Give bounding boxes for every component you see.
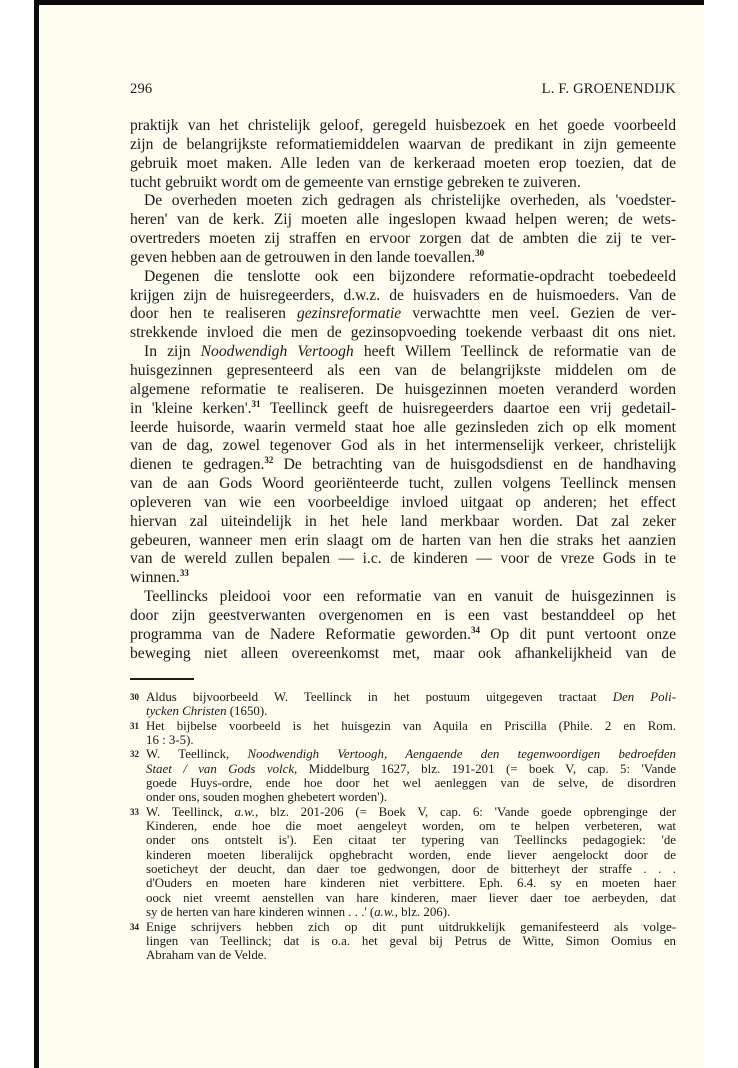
paragraph-3: Degenen die tenslotte ook een bijzondere… xyxy=(130,268,676,343)
text-fragment: winnen. xyxy=(130,569,180,586)
text-fragment: heeft Willem Teellinck de reformatie van… xyxy=(354,343,676,360)
text-line: in 'kleine kerken'.31 Teellinck geeft de… xyxy=(130,400,676,419)
text-line: d'Ouders en moeten hare kinderen niet ve… xyxy=(146,876,676,890)
scanned-page: 296 L. F. GROENENDIJK praktijk van het c… xyxy=(34,0,704,1068)
body-text: praktijk van het christelijk geloof, ger… xyxy=(130,117,676,663)
text-line: heren' van de kerk. Zij moeten alle inge… xyxy=(130,211,676,230)
text-line: Kinderen, ende hoe die moet aengeleyt wo… xyxy=(146,819,676,833)
running-header: 296 L. F. GROENENDIJK xyxy=(130,81,676,98)
footnote-number: 32 xyxy=(130,747,139,761)
text-line: Het bijbelse voorbeeld is het huisgezin … xyxy=(146,719,676,733)
text-line: van de dag, zowel tegenover God als in h… xyxy=(130,437,676,456)
italic-title: Staet / van Gods volck, xyxy=(146,762,297,776)
italic-abbrev: a.w., xyxy=(374,905,398,919)
footnote-number: 30 xyxy=(130,690,139,704)
text-line: gebeuren, wanneer men erin slaagt om de … xyxy=(130,532,676,551)
footnote-ref-31[interactable]: 31 xyxy=(252,399,261,409)
footnote-ref-34[interactable]: 34 xyxy=(471,625,480,635)
text-line: leerde huisorde, waarin vermeld staat ho… xyxy=(130,419,676,438)
text-line: gebruik moet maken. Alle leden van de ke… xyxy=(130,155,676,174)
text-fragment: Teellinck geeft de huisregeerders daarto… xyxy=(261,400,676,417)
text-line: programma van de Nadere Reformatie gewor… xyxy=(130,626,676,645)
text-line: van de wereld zullen bepalen — i.c. de k… xyxy=(130,550,676,569)
paragraph-2: De overheden moeten zich gedragen als ch… xyxy=(130,192,676,267)
text-line: praktijk van het christelijk geloof, ger… xyxy=(130,117,676,136)
text-fragment: in 'kleine kerken'. xyxy=(130,400,252,417)
text-line: Enige schrijvers hebben zich op dit punt… xyxy=(146,920,676,934)
text-line: zijn de belangrijkste reformatiemiddelen… xyxy=(130,136,676,155)
text-line: beweging niet alleen overeenkomst met, m… xyxy=(130,645,676,664)
footnote-ref-30[interactable]: 30 xyxy=(475,248,484,258)
running-title: L. F. GROENENDIJK xyxy=(542,81,676,98)
italic-title: Noodwendigh Vertoogh, Aengaende den tege… xyxy=(248,747,676,761)
text-line: kinderen moeten liberalijck opghebracht … xyxy=(146,848,676,862)
text-fragment: door hen te realiseren xyxy=(130,305,297,322)
text-fragment: dienen te gedragen. xyxy=(130,456,264,473)
text-line: dienen te gedragen.32 De betrachting van… xyxy=(130,456,676,475)
text-line: winnen.33 xyxy=(130,569,676,588)
text-line: Aldus bijvoorbeeld W. Teellinck in het p… xyxy=(146,690,676,704)
text-fragment: verwachtte men veel. Gezien de ver- xyxy=(401,305,676,322)
text-line: door hen te realiseren gezinsreformatie … xyxy=(130,305,676,324)
text-line: hiervan zal uiteindelijk in het hele lan… xyxy=(130,513,676,532)
text-fragment: (1650). xyxy=(227,704,268,718)
text-line: van de aan Gods Woord georiënteerde tuch… xyxy=(130,475,676,494)
text-line: W. Teellinck, a.w., blz. 201-206 (= Boek… xyxy=(146,805,676,819)
text-line: Degenen die tenslotte ook een bijzondere… xyxy=(130,268,676,287)
text-fragment: sy de herten van hare kinderen winnen . … xyxy=(146,905,374,919)
italic-title: Noodwendigh Vertoogh xyxy=(201,343,354,360)
footnote-separator xyxy=(130,678,194,680)
text-fragment: Middelburg 1627, blz. 191-201 (= boek V,… xyxy=(297,762,676,776)
footnote-34: 34 Enige schrijvers hebben zich op dit p… xyxy=(130,920,676,963)
paragraph-1: praktijk van het christelijk geloof, ger… xyxy=(130,117,676,192)
text-line: W. Teellinck, Noodwendigh Vertoogh, Aeng… xyxy=(146,747,676,761)
footnotes: 30 Aldus bijvoorbeeld W. Teellinck in he… xyxy=(130,690,676,963)
footnote-number: 31 xyxy=(130,719,139,733)
italic-term: gezinsreformatie xyxy=(297,305,401,322)
text-line: oock niet vreemt aenstellen van hare kin… xyxy=(146,891,676,905)
text-line: onder ons ontstelt is'). Een citaat ter … xyxy=(146,833,676,847)
text-fragment: blz. 206). xyxy=(398,905,450,919)
page-number: 296 xyxy=(130,81,152,98)
text-line: Staet / van Gods volck, Middelburg 1627,… xyxy=(146,762,676,776)
text-line: soeticheyt der deucht, dan daer toe gedw… xyxy=(146,862,676,876)
text-line: strekkende invloed die men de gezinsopvo… xyxy=(130,324,676,343)
text-fragment: Aldus bijvoorbeeld W. Teellinck in het p… xyxy=(146,690,613,704)
italic-title: Den Poli- xyxy=(613,690,676,704)
text-fragment: geven hebben aan de getrouwen in den lan… xyxy=(130,249,475,266)
footnote-number: 34 xyxy=(130,920,139,934)
text-fragment: Op dit punt vertoont onze xyxy=(480,626,676,643)
text-line: geven hebben aan de getrouwen in den lan… xyxy=(130,249,676,268)
footnote-33: 33 W. Teellinck, a.w., blz. 201-206 (= B… xyxy=(130,805,676,920)
footnote-30: 30 Aldus bijvoorbeeld W. Teellinck in he… xyxy=(130,690,676,719)
text-fragment: programma van de Nadere Reformatie gewor… xyxy=(130,626,471,643)
text-line: tucht gebruikt wordt om de gemeente van … xyxy=(130,174,676,193)
text-line: lingen van Teellinck; dat is o.a. het ge… xyxy=(146,934,676,948)
footnote-number: 33 xyxy=(130,805,139,819)
text-line: tycken Christen (1650). xyxy=(146,704,676,718)
text-line: Abraham van de Velde. xyxy=(146,948,676,962)
text-line: goede Huys-ordre, ende hoe door het wel … xyxy=(146,776,676,790)
text-line: De overheden moeten zich gedragen als ch… xyxy=(130,192,676,211)
text-line: In zijn Noodwendigh Vertoogh heeft Wille… xyxy=(130,343,676,362)
text-fragment: blz. 201-206 (= Boek V, cap. 6: 'Vande g… xyxy=(258,805,676,819)
footnote-32: 32 W. Teellinck, Noodwendigh Vertoogh, A… xyxy=(130,747,676,804)
text-line: sy de herten van hare kinderen winnen . … xyxy=(146,905,676,919)
text-line: overtreders moeten zij straffen en ervoo… xyxy=(130,230,676,249)
text-line: onder ons, souden moghen ghebetert worde… xyxy=(146,790,676,804)
text-line: Teellincks pleidooi voor een reformatie … xyxy=(130,588,676,607)
italic-title: tycken Christen xyxy=(146,704,227,718)
text-line: krijgen zijn de huisregeerders, d.w.z. d… xyxy=(130,287,676,306)
text-fragment: W. Teellinck, xyxy=(146,805,234,819)
text-line: opleveren van wie een voorbeeldige invlo… xyxy=(130,494,676,513)
text-line: algemene reformatie te realiseren. De hu… xyxy=(130,381,676,400)
text-fragment: W. Teellinck, xyxy=(146,747,248,761)
text-line: door zijn geestverwanten overgenomen en … xyxy=(130,607,676,626)
text-fragment: In zijn xyxy=(144,343,201,360)
italic-abbrev: a.w., xyxy=(234,805,258,819)
text-line: huisgezinnen gepresenteerd als een van d… xyxy=(130,362,676,381)
footnote-31: 31 Het bijbelse voorbeeld is het huisgez… xyxy=(130,719,676,748)
paragraph-5: Teellincks pleidooi voor een reformatie … xyxy=(130,588,676,663)
text-line: 16 : 3-5). xyxy=(146,733,676,747)
footnote-ref-33[interactable]: 33 xyxy=(180,568,189,578)
text-fragment: De betrachting van de huisgodsdienst en … xyxy=(273,456,676,473)
paragraph-4: In zijn Noodwendigh Vertoogh heeft Wille… xyxy=(130,343,676,588)
